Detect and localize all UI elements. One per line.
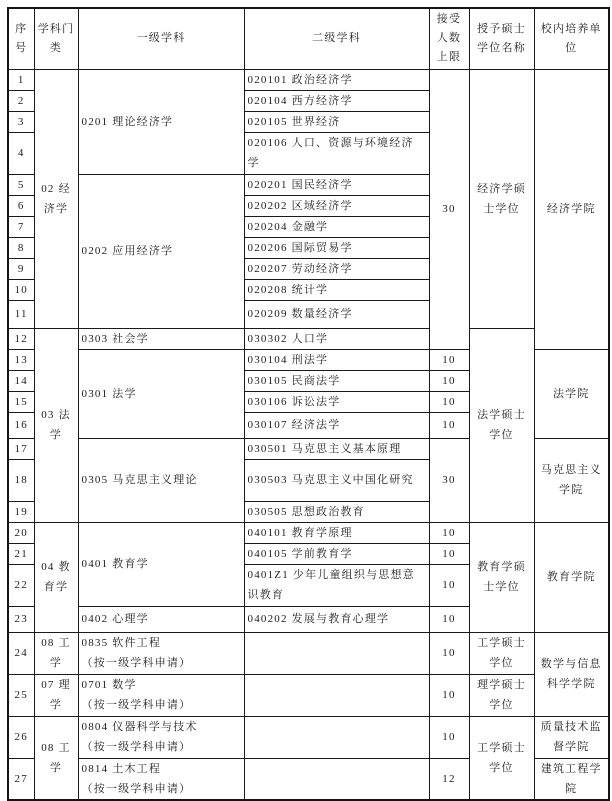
cell-degree: 经济学硕士学位 [469, 69, 534, 328]
table-row: 2507 理学0701 数学 （按一级学科申请）10理学硕士学位 [8, 674, 609, 716]
cell-degree: 工学硕士学位 [469, 716, 534, 800]
table-row: 2004 教育学0401 教育学040101 教育学原理10教育学硕士学位教育学… [8, 522, 609, 543]
cell-training-unit: 质量技术监督学院 [534, 716, 609, 758]
table-row: 2408 工学0835 软件工程 （按一级学科申请）10工学硕士学位数学与信息科… [8, 632, 609, 674]
cell-second-level: 020206 国际贸易学 [244, 237, 429, 258]
cell-category: 02 经济学 [34, 69, 78, 328]
cell-second-level: 040202 发展与教育心理学 [244, 606, 429, 632]
cell-second-level: 020106 人口、资源与环境经济学 [244, 132, 429, 174]
cell-limit: 10 [429, 606, 469, 632]
cell-training-unit: 马克思主义学院 [534, 438, 609, 522]
cell-training-unit: 数学与信息科学学院 [534, 632, 609, 716]
cell-second-level: 020207 劳动经济学 [244, 258, 429, 279]
cell-second-level [244, 674, 429, 716]
cell-limit: 10 [429, 412, 469, 438]
cell-seq: 3 [8, 111, 34, 132]
cell-seq: 13 [8, 349, 34, 370]
cell-first-level: 0401 教育学 [78, 522, 244, 606]
cell-limit: 10 [429, 370, 469, 391]
cell-seq: 7 [8, 216, 34, 237]
cell-first-level: 0814 土木工程 （按一级学科申请） [78, 758, 244, 800]
cell-first-level: 0202 应用经济学 [78, 174, 244, 328]
cell-category: 04 教育学 [34, 522, 78, 632]
cell-seq: 17 [8, 438, 34, 459]
cell-second-level: 030107 经济法学 [244, 412, 429, 438]
column-header-1: 序号 [8, 8, 34, 69]
cell-second-level: 020202 区域经济学 [244, 195, 429, 216]
cell-second-level [244, 632, 429, 674]
table-row: 2608 工学0804 仪器科学与技术 （按一级学科申请）10工学硕士学位质量技… [8, 716, 609, 758]
cell-second-level: 030105 民商法学 [244, 370, 429, 391]
column-header-4: 二级学科 [244, 8, 429, 69]
cell-second-level: 020104 西方经济学 [244, 90, 429, 111]
cell-second-level: 030501 马克思主义基本原理 [244, 438, 429, 459]
cell-limit: 10 [429, 391, 469, 412]
table-row: 102 经济学0201 理论经济学020101 政治经济学30经济学硕士学位经济… [8, 69, 609, 90]
cell-seq: 10 [8, 279, 34, 300]
cell-limit: 30 [429, 69, 469, 349]
column-header-2: 学科门类 [34, 8, 78, 69]
cell-second-level: 040101 教育学原理 [244, 522, 429, 543]
table-body: 102 经济学0201 理论经济学020101 政治经济学30经济学硕士学位经济… [8, 69, 609, 800]
table-header: 序号学科门类一级学科二级学科接受人数上限授予硕士学位名称校内培养单位 [8, 8, 609, 69]
cell-second-level: 020105 世界经济 [244, 111, 429, 132]
cell-second-level [244, 716, 429, 758]
cell-seq: 1 [8, 69, 34, 90]
cell-second-level: 020101 政治经济学 [244, 69, 429, 90]
cell-second-level: 030302 人口学 [244, 328, 429, 349]
cell-seq: 12 [8, 328, 34, 349]
cell-first-level: 0305 马克思主义理论 [78, 438, 244, 522]
cell-limit: 10 [429, 564, 469, 606]
cell-degree: 法学硕士学位 [469, 328, 534, 522]
cell-limit: 10 [429, 674, 469, 716]
cell-seq: 15 [8, 391, 34, 412]
cell-second-level: 020201 国民经济学 [244, 174, 429, 195]
cell-seq: 4 [8, 132, 34, 174]
cell-seq: 18 [8, 459, 34, 501]
column-header-6: 授予硕士学位名称 [469, 8, 534, 69]
cell-first-level: 0804 仪器科学与技术 （按一级学科申请） [78, 716, 244, 758]
cell-second-level: 0401Z1 少年儿童组织与思想意识教育 [244, 564, 429, 606]
cell-seq: 9 [8, 258, 34, 279]
cell-limit: 12 [429, 758, 469, 800]
cell-first-level: 0835 软件工程 （按一级学科申请） [78, 632, 244, 674]
cell-category: 07 理学 [34, 674, 78, 716]
cell-second-level: 020209 数量经济学 [244, 300, 429, 328]
cell-second-level: 020208 统计学 [244, 279, 429, 300]
cell-degree: 教育学硕士学位 [469, 522, 534, 632]
cell-seq: 26 [8, 716, 34, 758]
cell-second-level: 040105 学前教育学 [244, 543, 429, 564]
cell-second-level [244, 758, 429, 800]
cell-second-level: 030106 诉讼法学 [244, 391, 429, 412]
cell-seq: 16 [8, 412, 34, 438]
cell-training-unit: 建筑工程学院 [534, 758, 609, 800]
document-page: 序号学科门类一级学科二级学科接受人数上限授予硕士学位名称校内培养单位 102 经… [0, 0, 612, 801]
cell-seq: 24 [8, 632, 34, 674]
cell-limit: 10 [429, 716, 469, 758]
cell-first-level: 0301 法学 [78, 349, 244, 438]
cell-seq: 23 [8, 606, 34, 632]
cell-second-level: 030104 刑法学 [244, 349, 429, 370]
cell-first-level: 0402 心理学 [78, 606, 244, 632]
cell-second-level: 020204 金融学 [244, 216, 429, 237]
cell-category: 08 工学 [34, 716, 78, 800]
cell-seq: 25 [8, 674, 34, 716]
cell-seq: 5 [8, 174, 34, 195]
cell-degree: 工学硕士学位 [469, 632, 534, 674]
cell-seq: 11 [8, 300, 34, 328]
cell-seq: 22 [8, 564, 34, 606]
column-header-5: 接受人数上限 [429, 8, 469, 69]
cell-seq: 14 [8, 370, 34, 391]
cell-seq: 8 [8, 237, 34, 258]
cell-second-level: 030505 思想政治教育 [244, 501, 429, 522]
cell-category: 08 工学 [34, 632, 78, 674]
cell-first-level: 0701 数学 （按一级学科申请） [78, 674, 244, 716]
cell-limit: 30 [429, 438, 469, 522]
admission-disciplines-table: 序号学科门类一级学科二级学科接受人数上限授予硕士学位名称校内培养单位 102 经… [7, 7, 610, 801]
cell-limit: 10 [429, 349, 469, 370]
cell-seq: 20 [8, 522, 34, 543]
column-header-7: 校内培养单位 [534, 8, 609, 69]
cell-first-level: 0201 理论经济学 [78, 69, 244, 174]
cell-seq: 19 [8, 501, 34, 522]
cell-limit: 10 [429, 543, 469, 564]
cell-seq: 2 [8, 90, 34, 111]
cell-seq: 27 [8, 758, 34, 800]
cell-training-unit: 经济学院 [534, 69, 609, 349]
cell-limit: 10 [429, 632, 469, 674]
cell-seq: 21 [8, 543, 34, 564]
cell-limit: 10 [429, 522, 469, 543]
cell-training-unit: 教育学院 [534, 522, 609, 632]
cell-degree: 理学硕士学位 [469, 674, 534, 716]
table-row: 1203 法学0303 社会学030302 人口学法学硕士学位 [8, 328, 609, 349]
cell-first-level: 0303 社会学 [78, 328, 244, 349]
cell-training-unit: 法学院 [534, 349, 609, 438]
cell-seq: 6 [8, 195, 34, 216]
cell-second-level: 030503 马克思主义中国化研究 [244, 459, 429, 501]
cell-category: 03 法学 [34, 328, 78, 522]
column-header-3: 一级学科 [78, 8, 244, 69]
